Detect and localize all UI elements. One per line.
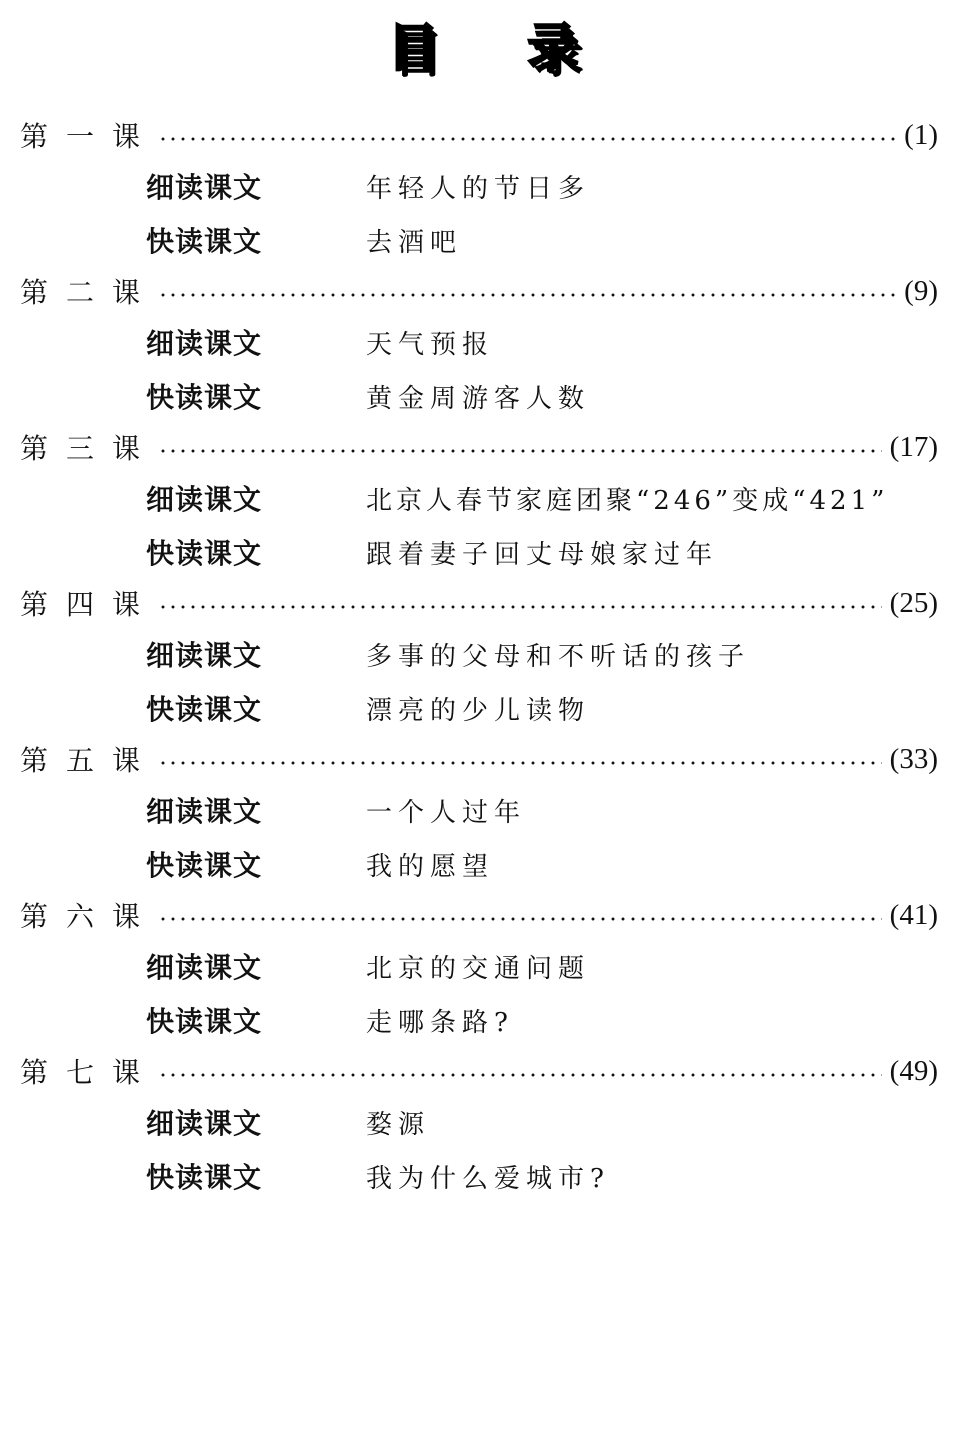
lesson-label: 第六课	[20, 895, 158, 935]
lesson-heading-row[interactable]: 第三课 (17)	[20, 427, 938, 467]
page-number: (33)	[890, 743, 938, 776]
sub-title: 去酒吧	[366, 222, 462, 259]
sub-kind-label: 快读课文	[146, 532, 262, 572]
title-char-lu: 录	[528, 18, 578, 78]
dot-leader	[158, 427, 882, 467]
dot-leader	[158, 895, 882, 935]
sub-title: 北京的交通问题	[366, 948, 590, 985]
lesson-label: 第七课	[20, 1051, 158, 1091]
sub-title: 天气预报	[366, 324, 494, 361]
sub-kind-label: 快读课文	[146, 688, 262, 728]
sub-kind-label: 细读课文	[146, 946, 262, 986]
sub-kind-label: 快读课文	[146, 376, 262, 416]
sub-title: 年轻人的节日多	[366, 168, 590, 205]
title-char-mu: 目	[388, 18, 438, 78]
page-number: (9)	[904, 275, 938, 308]
sub-kind-label: 快读课文	[146, 1156, 262, 1196]
page-number: (49)	[890, 1055, 938, 1088]
dot-leader	[158, 739, 882, 779]
lesson-heading-row[interactable]: 第六课 (41)	[20, 895, 938, 935]
sub-kind-label: 快读课文	[146, 844, 262, 884]
sub-title: 跟着妻子回丈母娘家过年	[366, 534, 718, 571]
page-number: (25)	[890, 587, 938, 620]
sub-kind-label: 细读课文	[146, 478, 262, 518]
sub-kind-label: 细读课文	[146, 790, 262, 830]
lesson-label: 第四课	[20, 583, 158, 623]
dot-leader	[158, 1051, 882, 1091]
dot-leader	[158, 115, 896, 155]
sub-title: 婺源	[366, 1104, 430, 1141]
sub-title: 一个人过年	[366, 792, 526, 829]
lesson-heading-row[interactable]: 第七课 (49)	[20, 1051, 938, 1091]
sub-title: 我为什么爱城市?	[366, 1158, 610, 1195]
lesson-label: 第五课	[20, 739, 158, 779]
lesson-label: 第三课	[20, 427, 158, 467]
lesson-heading-row[interactable]: 第四课 (25)	[20, 583, 938, 623]
lesson-heading-row[interactable]: 第五课 (33)	[20, 739, 938, 779]
sub-kind-label: 细读课文	[146, 322, 262, 362]
sub-kind-label: 快读课文	[146, 1000, 262, 1040]
sub-title: 黄金周游客人数	[366, 378, 590, 415]
sub-title: 北京人春节家庭团聚“246”变成“421”	[366, 480, 888, 517]
sub-kind-label: 细读课文	[146, 1102, 262, 1142]
sub-title: 走哪条路?	[366, 1002, 514, 1039]
sub-title: 漂亮的少儿读物	[366, 690, 590, 727]
page-title: 目 录	[0, 18, 960, 78]
dot-leader	[158, 583, 882, 623]
sub-title: 我的愿望	[366, 846, 494, 883]
sub-kind-label: 快读课文	[146, 220, 262, 260]
page-number: (17)	[890, 431, 938, 464]
dot-leader	[158, 271, 896, 311]
sub-kind-label: 细读课文	[146, 634, 262, 674]
page-number: (41)	[890, 899, 938, 932]
lesson-heading-row[interactable]: 第二课 (9)	[20, 271, 938, 311]
sub-kind-label: 细读课文	[146, 166, 262, 206]
lesson-heading-row[interactable]: 第一课 (1)	[20, 115, 938, 155]
sub-title: 多事的父母和不听话的孩子	[366, 636, 750, 673]
lesson-label: 第二课	[20, 271, 158, 311]
page-number: (1)	[904, 119, 938, 152]
lesson-label: 第一课	[20, 115, 158, 155]
